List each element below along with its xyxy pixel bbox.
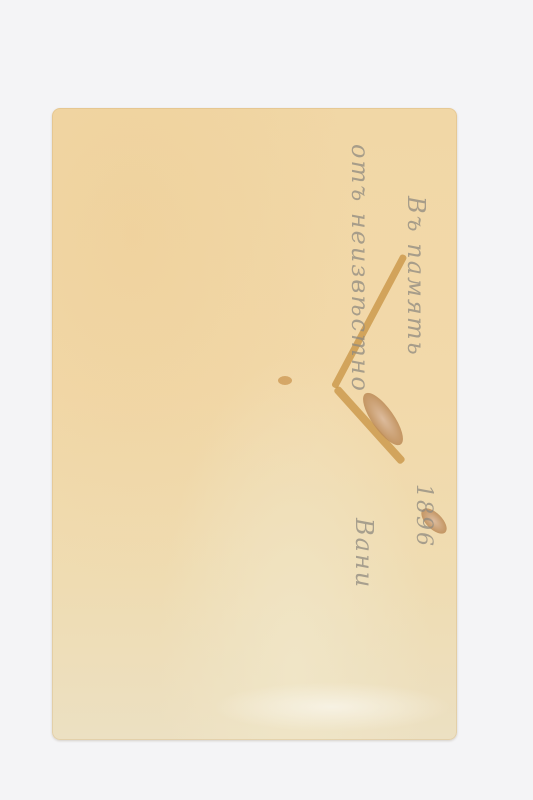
stain-spot: [278, 376, 292, 385]
photo-card-back: Въ память отъ неизвѣстно 1896 Вани: [52, 108, 457, 740]
handwriting-line-3: 1896: [411, 484, 436, 548]
handwriting-line-2: отъ неизвѣстно: [346, 144, 374, 393]
handwriting-line-4: Вани: [350, 518, 378, 589]
worn-area: [212, 682, 452, 732]
handwriting-line-1: Въ память: [402, 196, 430, 357]
